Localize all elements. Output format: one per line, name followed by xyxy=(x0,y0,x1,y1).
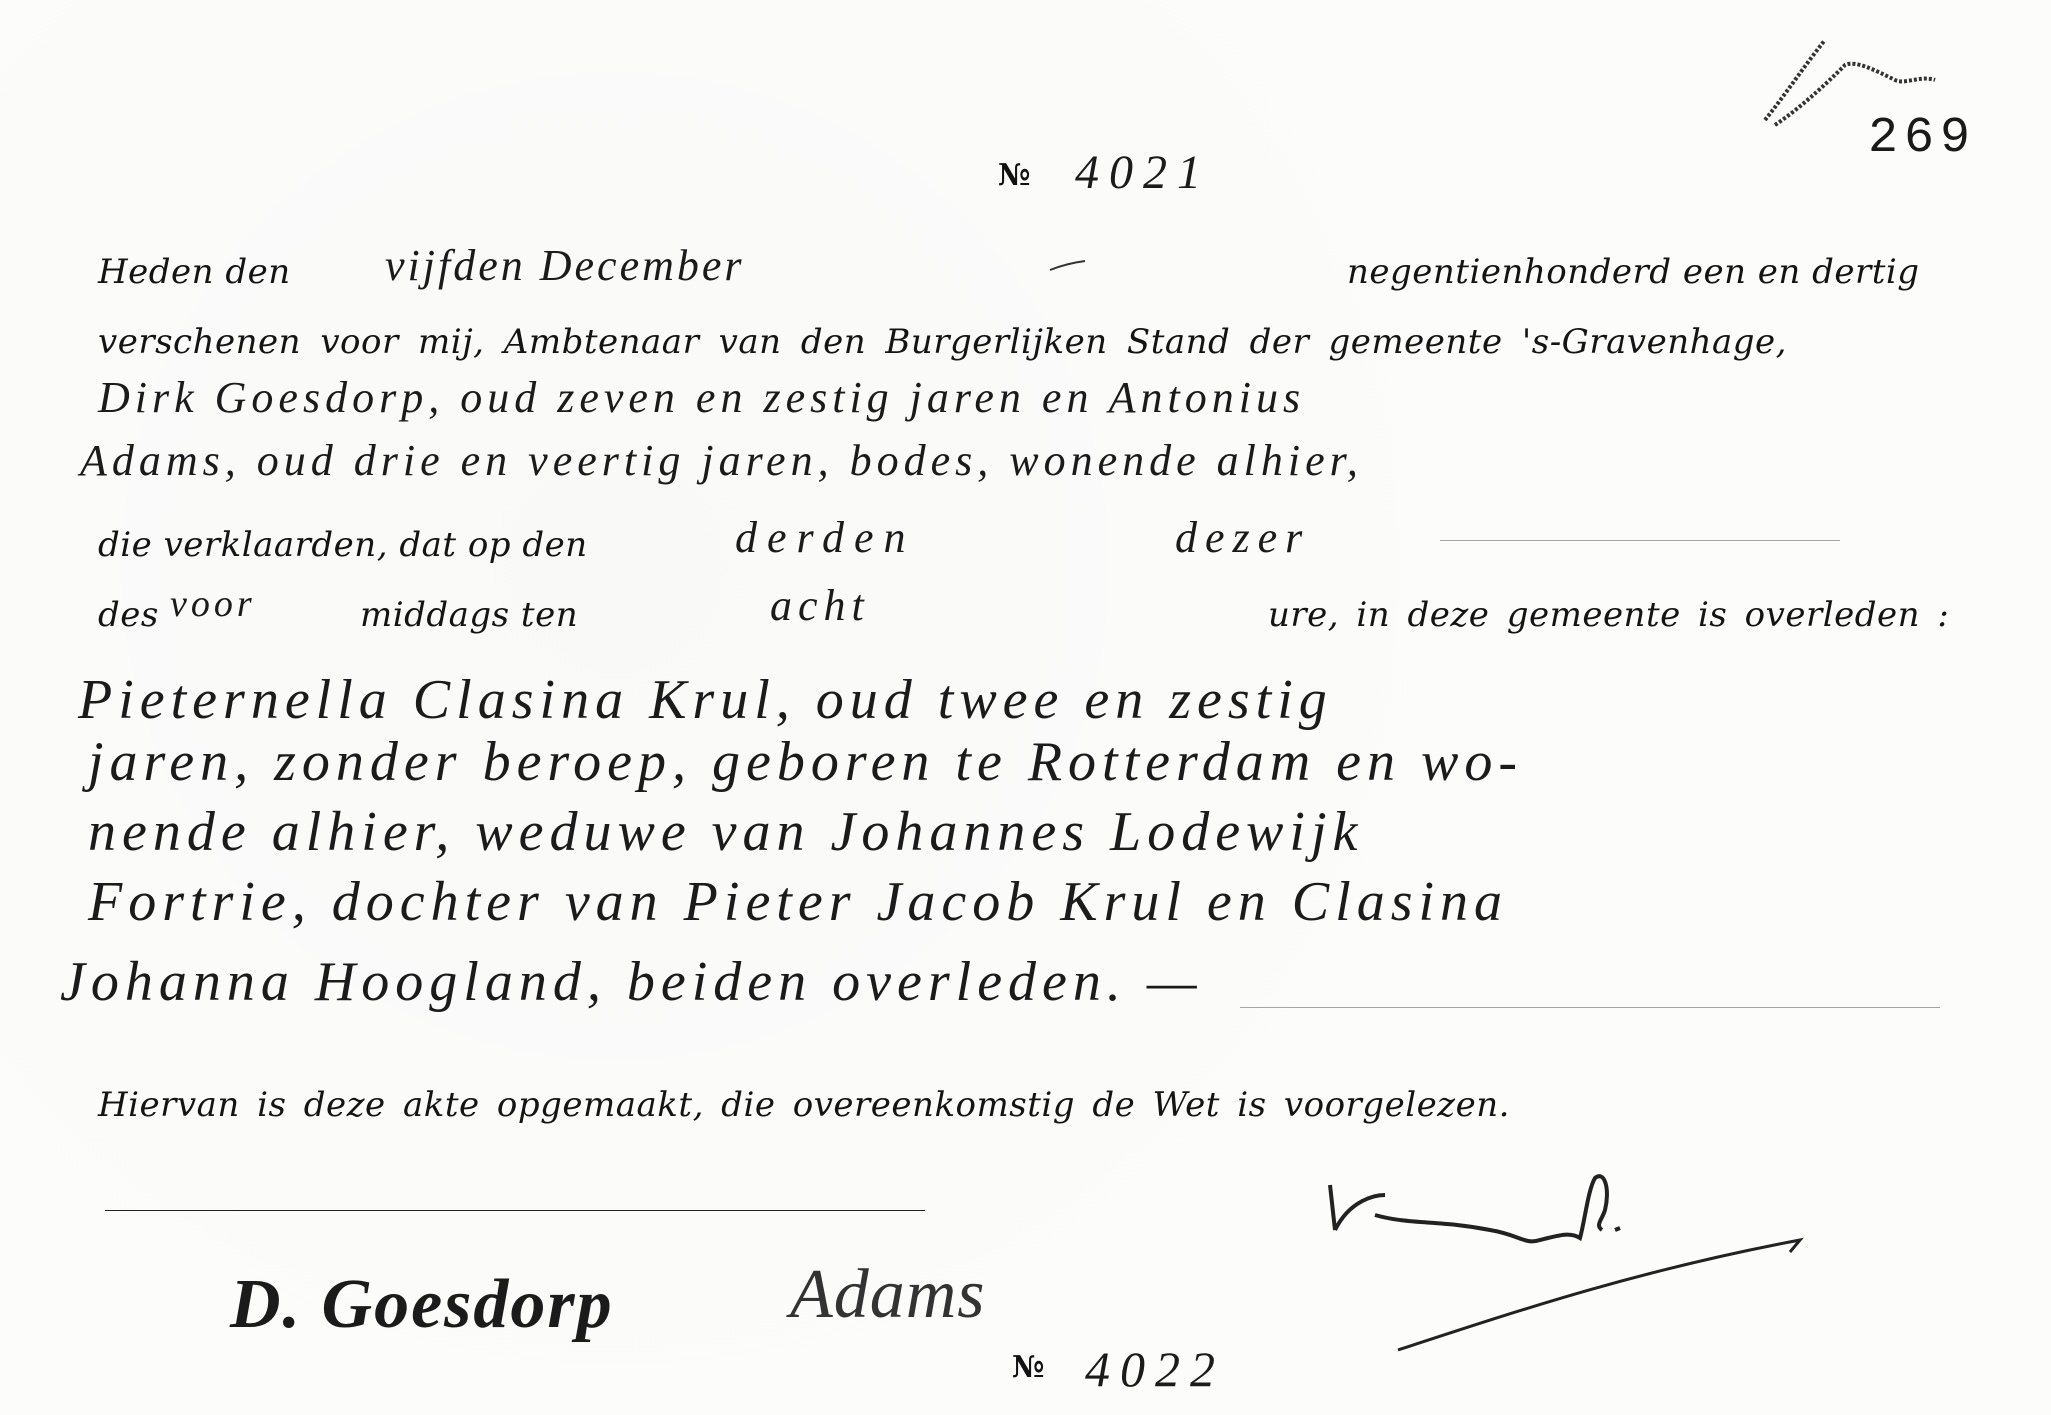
date-written: vijfden December xyxy=(385,240,745,291)
deceased-line-1: Pieternella Clasina Krul, oud twee en ze… xyxy=(78,668,1333,732)
page-stamp-number: 269 xyxy=(1868,110,1976,167)
deceased-line-2: jaren, zonder beroep, geboren te Rotterd… xyxy=(88,730,1523,794)
record-number: 4021 xyxy=(1075,145,1211,200)
registrar-signature xyxy=(1320,1160,1920,1360)
deceased-line-4: Fortrie, dochter van Pieter Jacob Krul e… xyxy=(88,870,1508,934)
death-hour: acht xyxy=(770,580,870,631)
record-number-sign: № xyxy=(998,158,1031,193)
declarants-line-1: Dirk Goesdorp, oud zeven en zestig jaren… xyxy=(98,372,1305,423)
form-closing-statement: Hiervan is deze akte opgemaakt, die over… xyxy=(98,1085,1510,1125)
form-des-label: des xyxy=(98,595,159,635)
signature-declarant-2: Adams xyxy=(790,1255,986,1335)
form-overleden-label: ure, in deze gemeente is overleden : xyxy=(1268,595,1949,635)
death-day-fill-line xyxy=(1440,540,1840,541)
next-record-number: 4022 xyxy=(1085,1340,1225,1398)
form-heden-den-label: Heden den xyxy=(98,252,291,292)
form-verschenen-text: verschenen voor mij, Ambtenaar van den B… xyxy=(98,322,1787,362)
death-day: derden xyxy=(735,512,916,563)
declarants-line-2: Adams, oud drie en veertig jaren, bodes,… xyxy=(80,435,1363,486)
form-verklaarden-label: die verklaarden, dat op den xyxy=(98,525,588,565)
death-certificate-page: 269 № 4021 Heden den vijfden December ne… xyxy=(0,0,2051,1415)
deceased-fill-line xyxy=(1240,1007,1940,1008)
deceased-line-3: nende alhier, weduwe van Johannes Lodewi… xyxy=(88,800,1363,864)
date-underline-flourish xyxy=(1050,258,1090,278)
signature-line xyxy=(105,1210,925,1211)
death-day-reference: dezer xyxy=(1175,512,1310,563)
form-year-text: negentienhonderd een en dertig xyxy=(1347,252,1920,292)
form-middags-label: middags ten xyxy=(360,595,578,635)
deceased-line-5: Johanna Hoogland, beiden overleden. — xyxy=(60,950,1203,1014)
next-record-number-sign: № xyxy=(1012,1350,1045,1385)
signature-declarant-1: D. Goesdorp xyxy=(230,1265,614,1345)
time-of-day: voor xyxy=(170,582,256,626)
